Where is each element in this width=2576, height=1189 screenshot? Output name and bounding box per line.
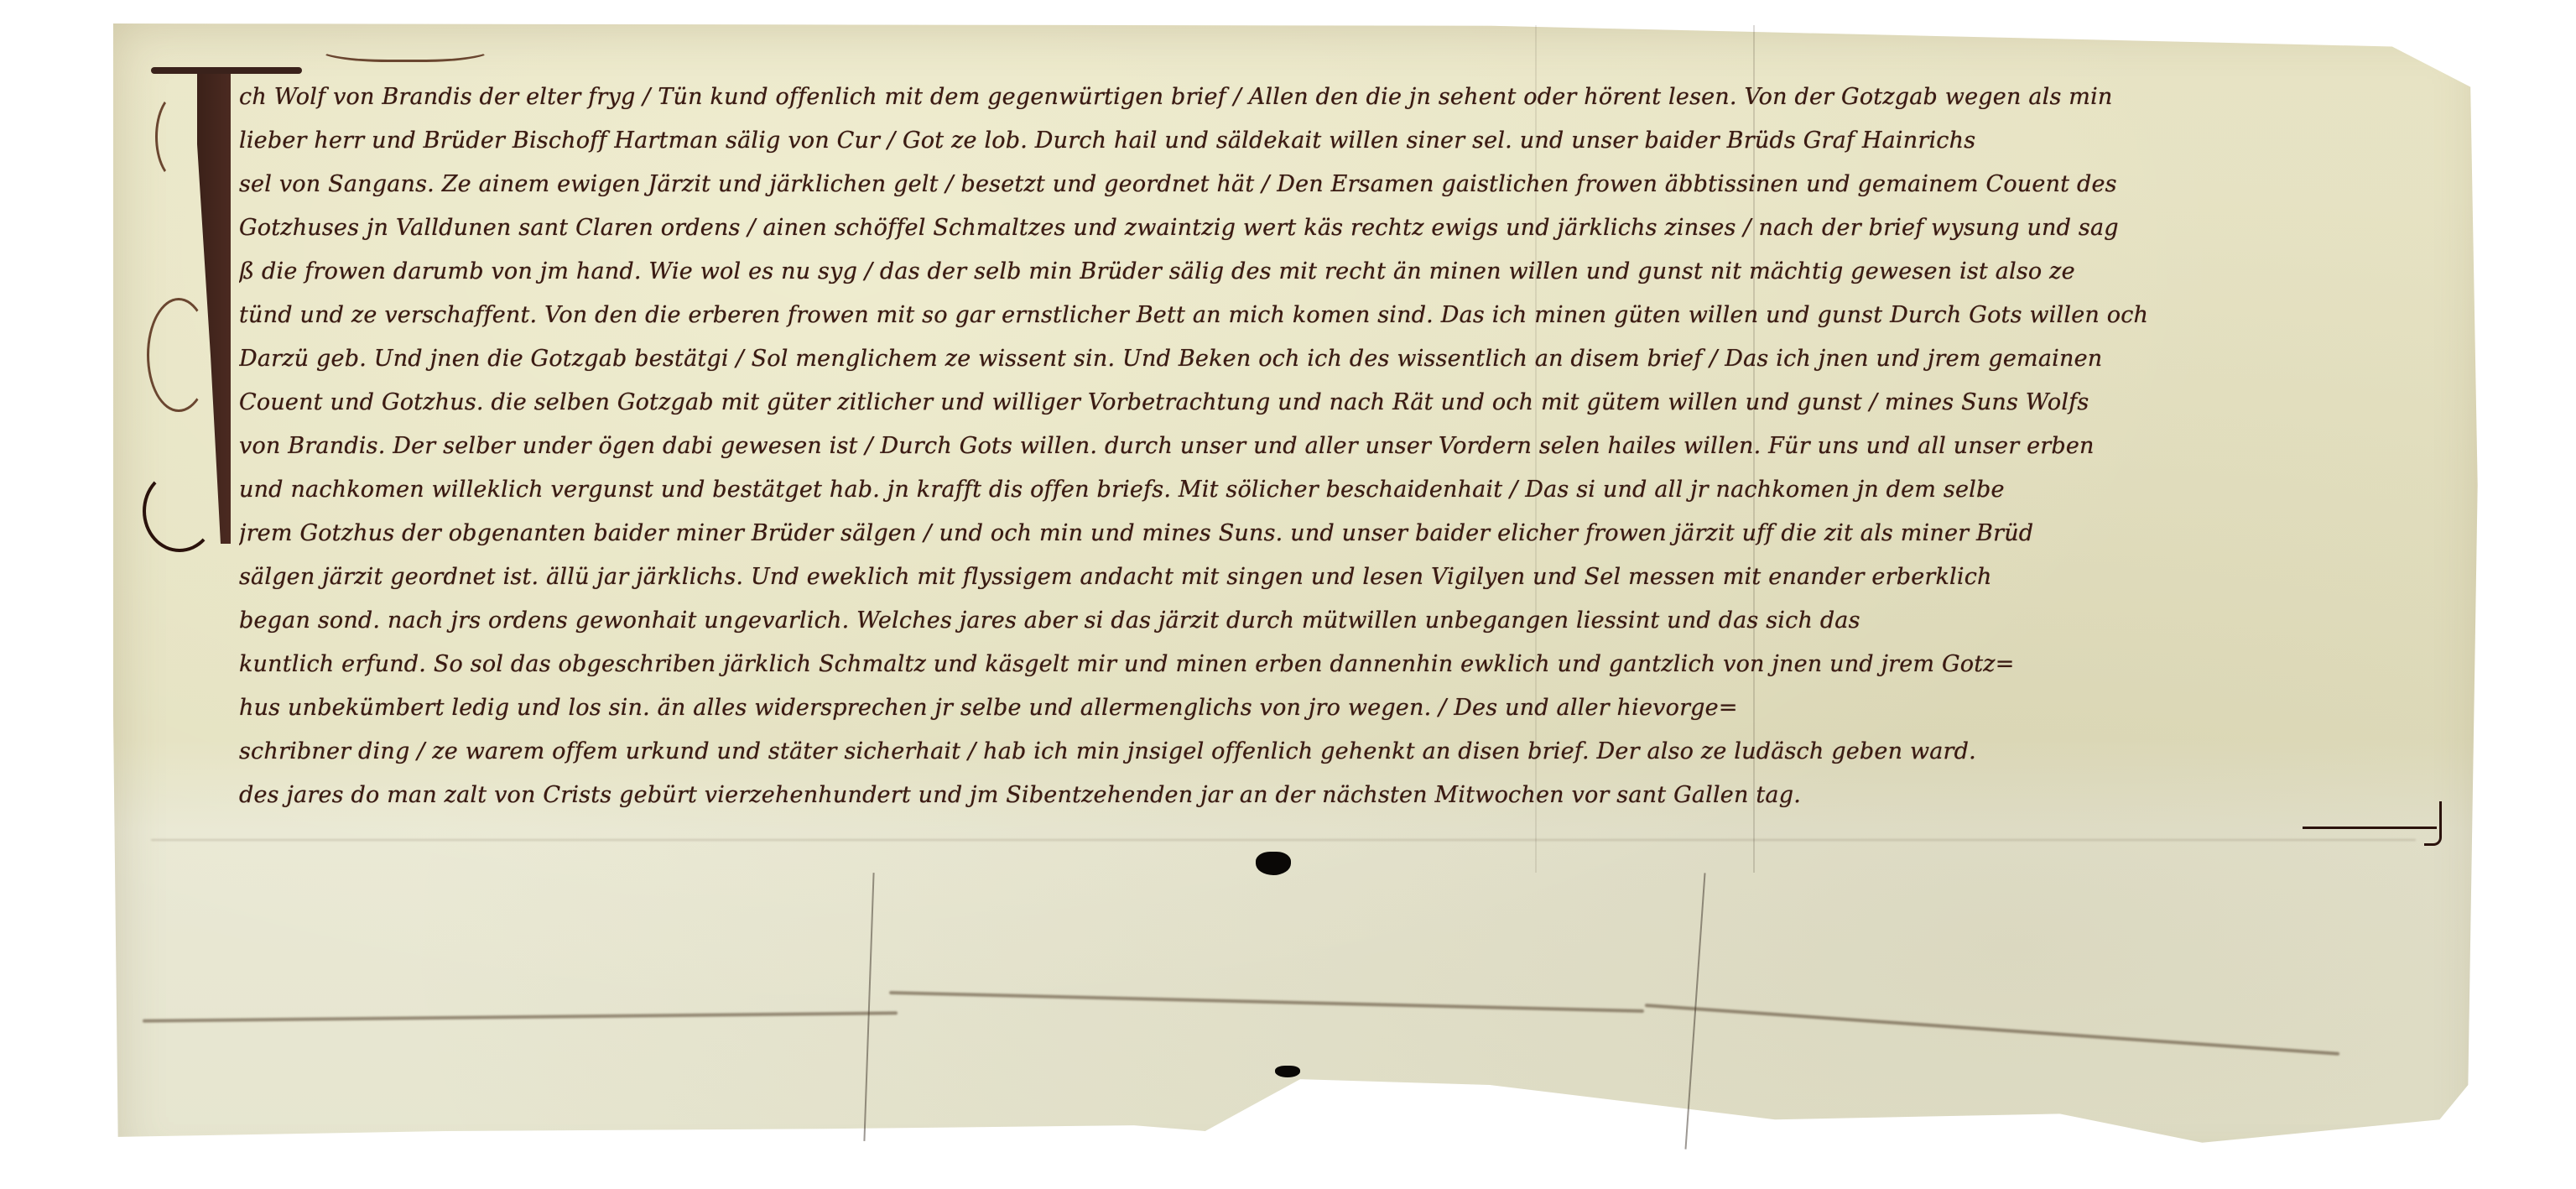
text-line-8: Couent und Gotzhus. die selben Gotzgab m… [239,381,2454,425]
text-line-4: Gotzhuses jn Valldunen sant Claren orden… [239,206,2454,250]
text-line-14: kuntlich erfund. So sol das obgeschriben… [239,643,2454,686]
initial-top-bar [151,67,302,74]
text-line-5: ß die frowen darumb von jm hand. Wie wol… [239,250,2454,294]
fold-line [151,839,2416,841]
text-line-3: sel von Sangans. Ze ainem ewigen Järzit … [239,163,2454,206]
text-line-2: lieber herr und Brüder Bischoff Hartman … [239,119,2454,163]
text-line-17: des jares do man zalt von Crists gebürt … [239,774,2454,817]
text-line-11: jrem Gotzhus der obgenanten baider miner… [239,512,2454,555]
text-line-6: tünd und ze verschaffent. Von den die er… [239,294,2454,337]
charter-text: ch Wolf von Brandis der elter fryg / Tün… [239,76,2454,817]
closing-flourish-line [2303,827,2437,829]
text-line-12: sälgen järzit geordnet ist. ällü jar jär… [239,555,2454,599]
closing-flourish-hook [2424,801,2442,846]
text-line-10: und nachkomen willeklich vergunst und be… [239,468,2454,512]
seal-hole [1256,852,1291,875]
initial-flourish [143,470,216,552]
text-line-1: ch Wolf von Brandis der elter fryg / Tün… [239,76,2454,119]
text-line-9: von Brandis. Der selber under ögen dabi … [239,425,2454,468]
text-line-16: schribner ding / ze warem offem urkund u… [239,730,2454,774]
seal-hole-lower [1275,1066,1300,1077]
initial-flourish [147,298,211,412]
text-line-13: began sond. nach jrs ordens gewonhait un… [239,599,2454,643]
top-flourish [319,32,492,62]
text-line-15: hus unbekümbert ledig und los sin. än al… [239,686,2454,730]
text-line-7: Darzü geb. Und jnen die Gotzgab bestätgi… [239,337,2454,381]
initial-flourish [155,92,202,181]
